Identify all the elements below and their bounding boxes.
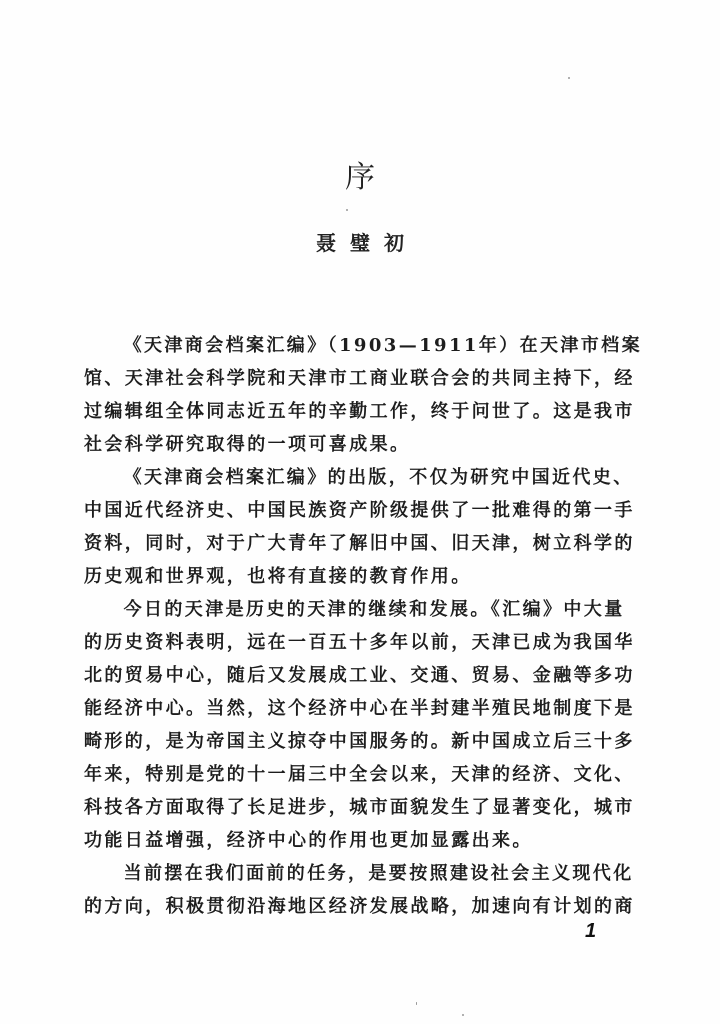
text-line: 当前摆在我们面前的任务，是要按照建设社会主义现代化 (84, 857, 618, 890)
author-name: 聂璧初 (0, 230, 720, 256)
text-line: 《天津商会档案汇编》的出版，不仅为研究中国近代史、 (84, 461, 618, 494)
paragraph-3-continued: 的历史资料表明，远在一百五十多年以前，天津已成为我国华 北的贸易中心，随后又发展… (84, 626, 618, 857)
text-line: 中国近代经济史、中国民族资产阶级提供了一批难得的第一手 (84, 494, 618, 527)
paragraph-2-continued: 中国近代经济史、中国民族资产阶级提供了一批难得的第一手 资料，同时，对于广大青年… (84, 494, 618, 593)
page-number: 1 (585, 920, 596, 943)
scan-speck (416, 1002, 417, 1005)
paragraph-1: 《天津商会档案汇编》（1903—1911年）在天津市档案 (84, 329, 618, 362)
text-line: 能经济中心。当然，这个经济中心在半封建半殖民地制度下是 (84, 692, 618, 725)
text-line: 《天津商会档案汇编》（1903—1911年）在天津市档案 (84, 329, 618, 362)
text-line: 历史观和世界观，也将有直接的教育作用。 (84, 560, 618, 593)
paragraph-4: 当前摆在我们面前的任务，是要按照建设社会主义现代化 (84, 857, 618, 890)
scan-speck (346, 209, 348, 211)
text-line: 过编辑组全体同志近五年的辛勤工作，终于问世了。这是我市 (84, 395, 618, 428)
preface-title: 序 (0, 160, 720, 196)
paragraph-3: 今日的天津是历史的天津的继续和发展。《汇编》中大量 (84, 593, 618, 626)
text-line: 功能日益增强，经济中心的作用也更加显露出来。 (84, 824, 618, 857)
text-line: 社会科学研究取得的一项可喜成果。 (84, 428, 618, 461)
paragraph-1-continued: 馆、天津社会科学院和天津市工商业联合会的共同主持下，经 过编辑组全体同志近五年的… (84, 362, 618, 461)
text-line: 资料，同时，对于广大青年了解旧中国、旧天津，树立科学的 (84, 527, 618, 560)
text-line: 北的贸易中心，随后又发展成工业、交通、贸易、金融等多功 (84, 659, 618, 692)
text-line: 畸形的，是为帝国主义掠夺中国服务的。新中国成立后三十多 (84, 725, 618, 758)
paragraph-2: 《天津商会档案汇编》的出版，不仅为研究中国近代史、 (84, 461, 618, 494)
text-line: 馆、天津社会科学院和天津市工商业联合会的共同主持下，经 (84, 362, 618, 395)
text-line: 今日的天津是历史的天津的继续和发展。《汇编》中大量 (84, 593, 618, 626)
scan-speck (462, 1014, 464, 1016)
text-line: 科技各方面取得了长足进步，城市面貌发生了显著变化，城市 (84, 791, 618, 824)
document-page: 序 聂璧初 《天津商会档案汇编》（1903—1911年）在天津市档案 馆、天津社… (0, 0, 720, 1024)
text-line: 的方向，积极贯彻沿海地区经济发展战略，加速向有计划的商 (84, 890, 618, 923)
text-line: 年来，特别是党的十一届三中全会以来，天津的经济、文化、 (84, 758, 618, 791)
scan-speck (568, 77, 570, 79)
paragraph-4-continued: 的方向，积极贯彻沿海地区经济发展战略，加速向有计划的商 (84, 890, 618, 923)
text-line: 的历史资料表明，远在一百五十多年以前，天津已成为我国华 (84, 626, 618, 659)
body-text: 《天津商会档案汇编》（1903—1911年）在天津市档案 馆、天津社会科学院和天… (84, 329, 618, 923)
